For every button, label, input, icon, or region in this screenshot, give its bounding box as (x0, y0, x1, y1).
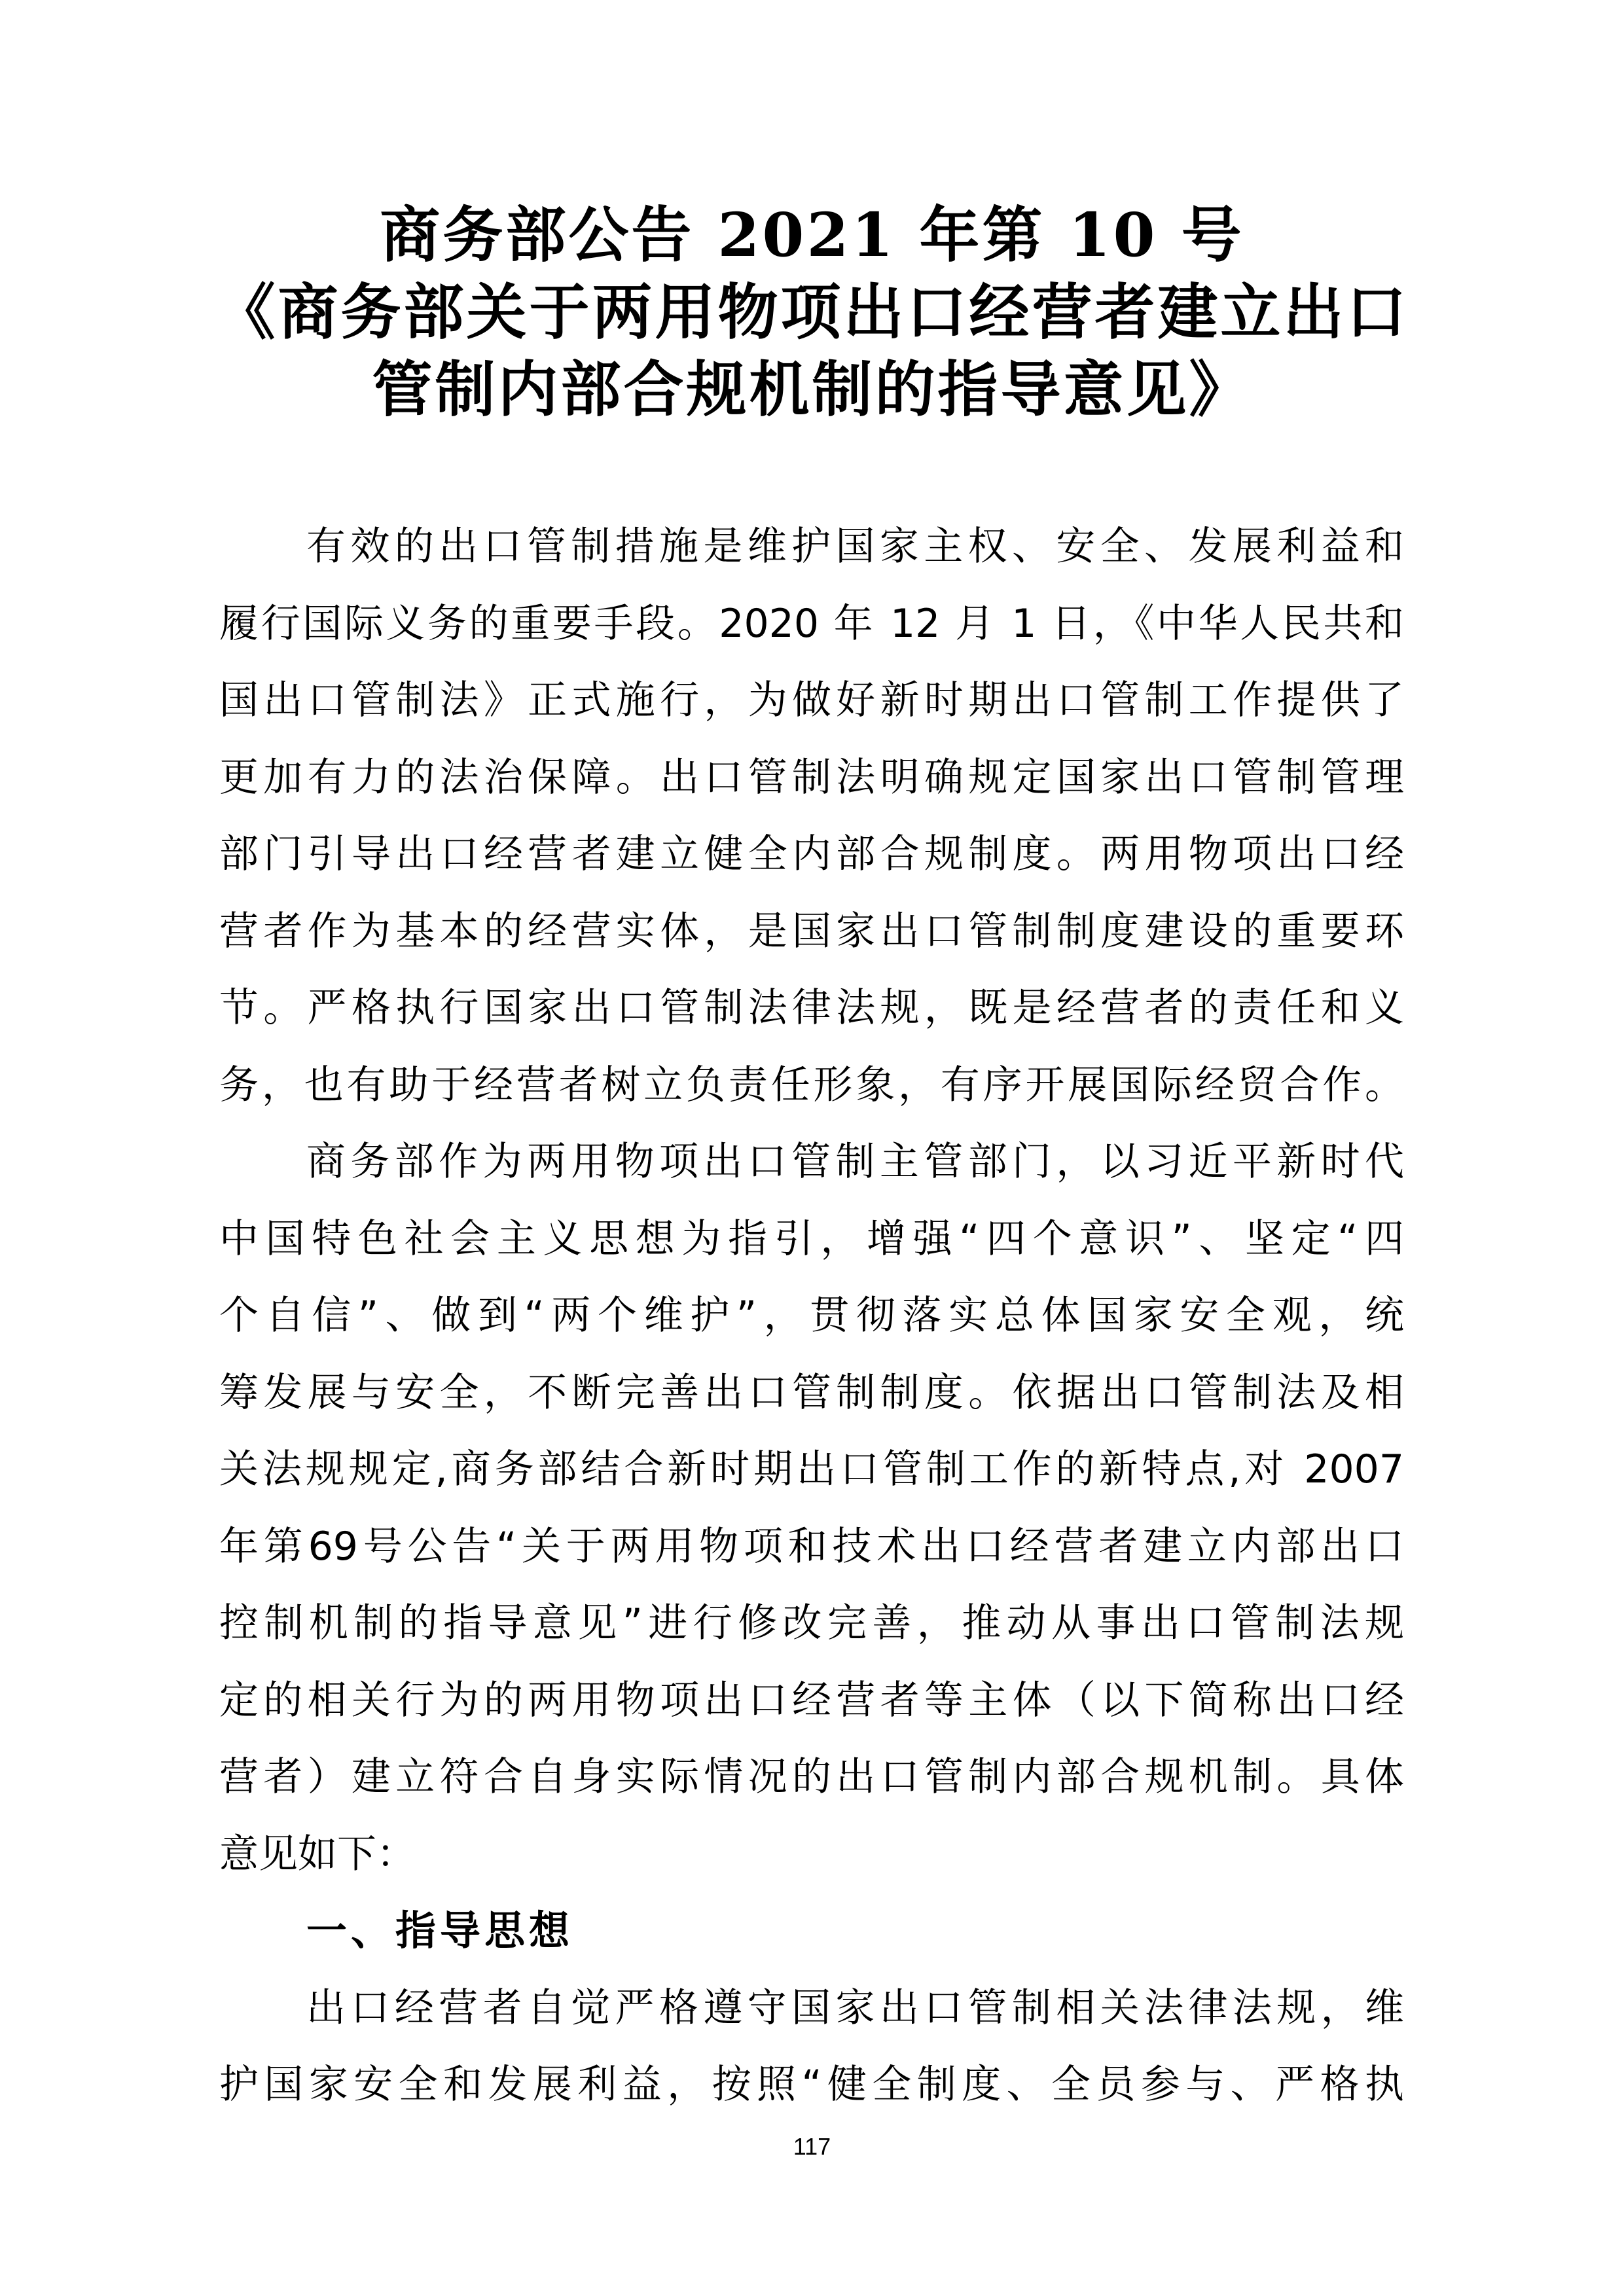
document-title-line-3: 管制内部合规机制的指导意见》 (0, 351, 1624, 428)
section-heading-guiding-ideology: 一、指导思想 (306, 1905, 573, 1957)
document-page: 商务部公告 2021 年第 10 号 《商务部关于两用物项出口经营者建立出口 管… (0, 0, 1624, 2296)
section-1-paragraph-line: 出口经营者自觉严格遵守国家出口管制相关法律法规，维 (306, 1982, 1404, 2034)
paragraph-2-line: 控制机制的指导意见”进行修改完善，推动从事出口管制法规 (219, 1597, 1404, 1649)
paragraph-1-line: 营者作为基本的经营实体，是国家出口管制制度建设的重要环 (219, 905, 1404, 958)
paragraph-1-line: 节。严格执行国家出口管制法律法规，既是经营者的责任和义 (219, 982, 1404, 1034)
paragraph-2-line: 筹发展与安全，不断完善出口管制制度。依据出口管制法及相 (219, 1367, 1404, 1419)
paragraph-1-line: 有效的出口管制措施是维护国家主权、安全、发展利益和 (306, 520, 1404, 573)
paragraph-2-line: 意见如下： (219, 1828, 1404, 1880)
paragraph-2-line: 定的相关行为的两用物项出口经营者等主体（以下简称出口经 (219, 1674, 1404, 1727)
paragraph-1-line: 部门引导出口经营者建立健全内部合规制度。两用物项出口经 (219, 828, 1404, 880)
paragraph-2-line: 个自信”、做到“两个维护”，贯彻落实总体国家安全观，统 (219, 1289, 1404, 1342)
paragraph-1-line: 履行国际义务的重要手段。2020 年 12 月 1 日，《中华人民共和 (219, 598, 1404, 650)
paragraph-2-line: 中国特色社会主义思想为指引，增强“四个意识”、坚定“四 (219, 1213, 1404, 1265)
paragraph-2-line: 商务部作为两用物项出口管制主管部门，以习近平新时代 (306, 1136, 1404, 1188)
section-1-paragraph-line: 护国家安全和发展利益，按照“健全制度、全员参与、严格执 (219, 2058, 1404, 2111)
paragraph-1-line: 更加有力的法治保障。出口管制法明确规定国家出口管制管理 (219, 751, 1404, 804)
paragraph-2-line: 关法规规定,商务部结合新时期出口管制工作的新特点,对 2007 (219, 1443, 1404, 1496)
page-number: 117 (0, 2132, 1624, 2161)
paragraph-2-line: 营者）建立符合自身实际情况的出口管制内部合规机制。具体 (219, 1751, 1404, 1803)
document-title-line-1: 商务部公告 2021 年第 10 号 (0, 196, 1624, 274)
document-title-line-2: 《商务部关于两用物项出口经营者建立出口 (0, 274, 1624, 351)
paragraph-1-line: 务，也有助于经营者树立负责任形象，有序开展国际经贸合作。 (219, 1059, 1404, 1111)
paragraph-2-line: 年第69号公告“关于两用物项和技术出口经营者建立内部出口 (219, 1520, 1404, 1573)
paragraph-1-line: 国出口管制法》正式施行，为做好新时期出口管制工作提供了 (219, 674, 1404, 726)
